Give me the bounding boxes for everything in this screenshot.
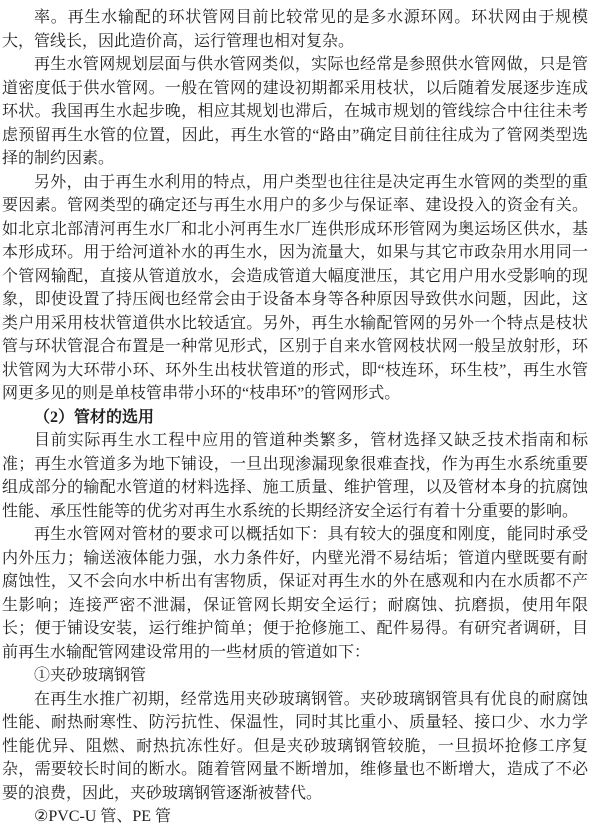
paragraph: 目前实际再生水工程中应用的管道种类繁多，管材选择又缺乏技术指南和标准；再生水管道… [2, 429, 588, 523]
list-item-pipe-frp: ①夹砂玻璃钢管 [2, 664, 588, 688]
paragraph: 再生水管网对管材的要求可以概括如下：具有较大的强度和刚度，能同时承受内外压力；输… [2, 523, 588, 664]
paragraph: 在再生水推广初期，经常选用夹砂玻璃钢管。夹砂玻璃钢管具有优良的耐腐蚀性能、耐热耐… [2, 688, 588, 806]
paragraph: 率。再生水输配的环状管网目前比较常见的是多水源环网。环状网由于规模大，管线长，因… [2, 6, 588, 53]
paragraph: 再生水管网规划层面与供水管网类似，实际也经常是参照供水管网做，只是管道密度低于供… [2, 53, 588, 171]
list-item-pipe-pvc-pe: ②PVC-U 管、PE 管 [2, 805, 588, 829]
paragraph: 另外，由于再生水利用的特点，用户类型也往往是决定再生水管网的类型的重要因素。管网… [2, 171, 588, 406]
section-heading: （2）管材的选用 [2, 406, 588, 430]
document-page: 率。再生水输配的环状管网目前比较常见的是多水源环网。环状网由于规模大，管线长，因… [0, 0, 590, 840]
